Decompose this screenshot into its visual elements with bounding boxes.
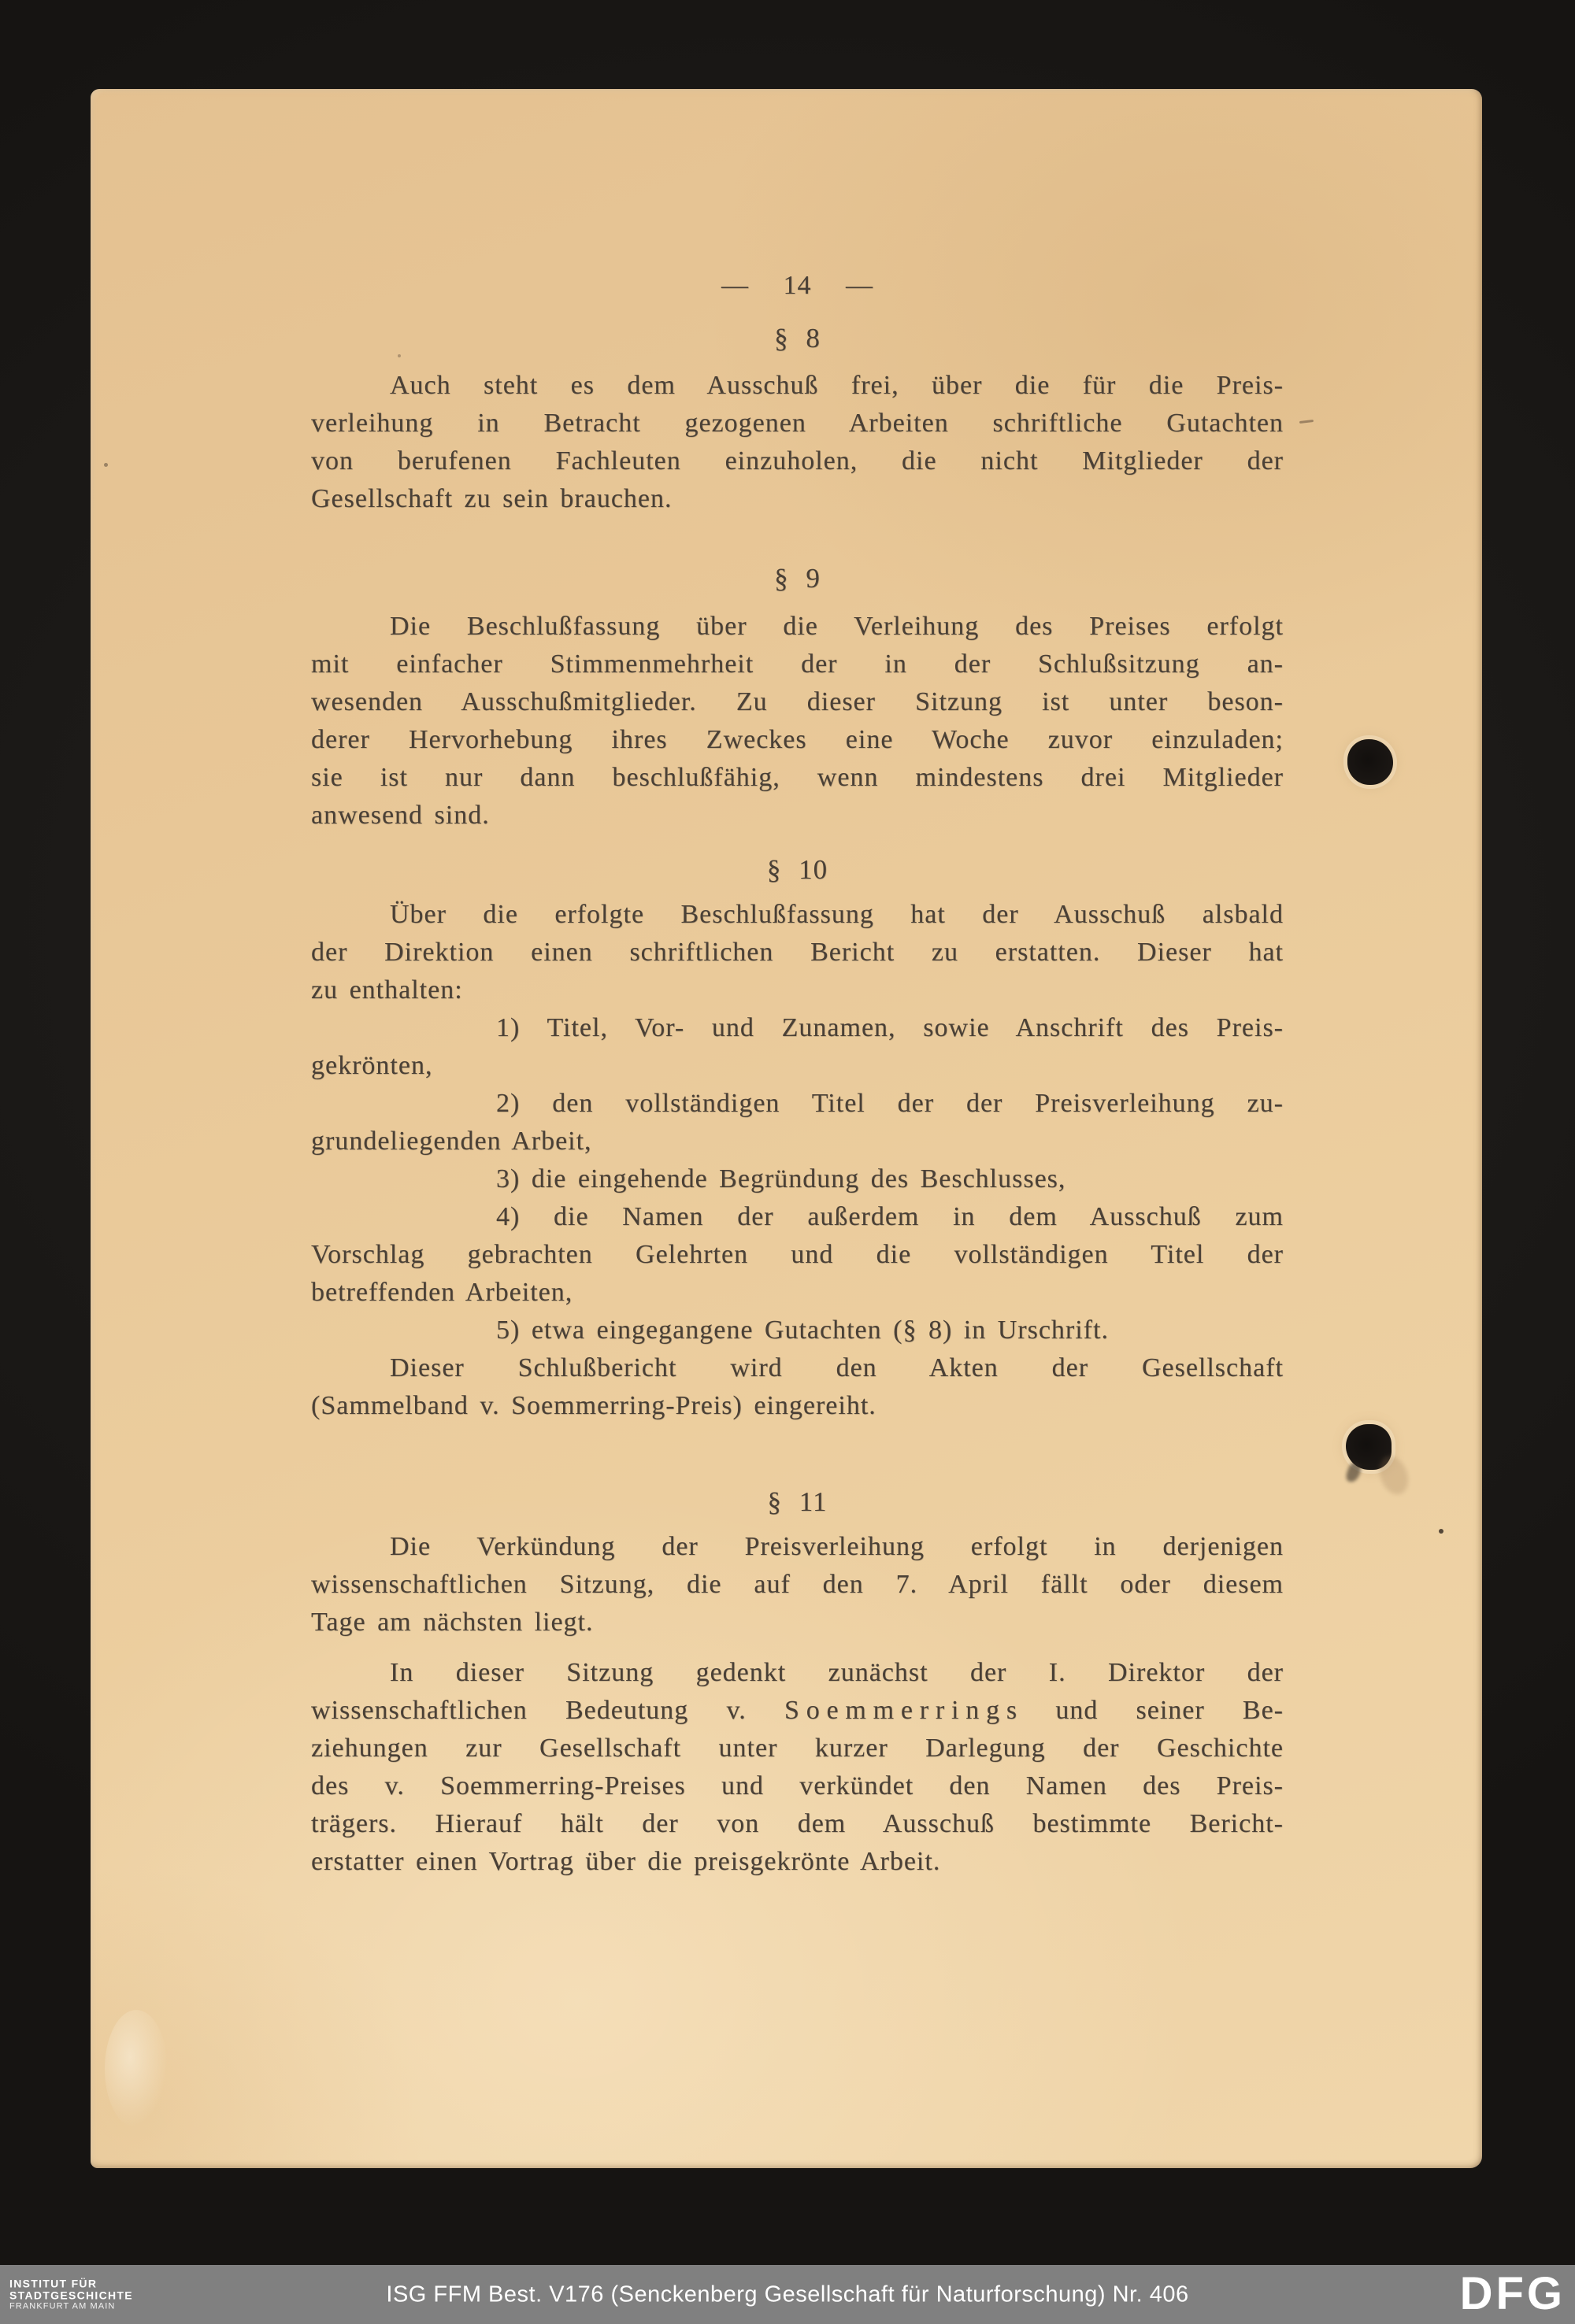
text-line: mit einfacher Stimmenmehrheit der in der… [311,646,1284,683]
text-line: Die Verkündung der Preisverleihung erfol… [311,1528,1284,1566]
section-10-paragraph: Über die erfolgte Beschlußfassung hat de… [311,896,1284,1425]
text-line: Tage am nächsten liegt. [311,1604,1284,1641]
paper-speck [398,354,401,357]
section-10-heading: § 10 [311,851,1284,889]
punch-hole-top [1347,739,1393,785]
footer-bar: INSTITUT FÜR STADTGESCHICHTE FRANKFURT A… [0,2265,1575,2324]
text-line: zu enthalten: [311,971,1284,1009]
section-11-paragraph-2: In dieser Sitzung gedenkt zunächst der I… [311,1654,1284,1881]
paper-speck [104,463,108,467]
section-9-heading: § 9 [311,560,1284,598]
section-8-paragraph: Auch steht es dem Ausschuß frei, über di… [311,367,1284,518]
page-number: — 14 — [311,267,1284,305]
dfg-logo: DFG [1460,2270,1566,2316]
text-line: Die Beschlußfassung über die Verleihung … [311,608,1284,646]
text-line: grundeliegenden Arbeit, [311,1123,1284,1160]
text-line: des v. Soemmerring-Preises und verkündet… [311,1767,1284,1805]
document-page: — 14 — § 8 Auch steht es dem Ausschuß fr… [91,89,1482,2168]
archive-caption: ISG FFM Best. V176 (Senckenberg Gesellsc… [0,2281,1575,2307]
text-line: verleihung in Betracht gezogenen Arbeite… [311,405,1284,442]
text-line: Dieser Schlußbericht wird den Akten der … [311,1349,1284,1387]
text-line: In dieser Sitzung gedenkt zunächst der I… [311,1654,1284,1692]
paper-light-patch [105,2010,168,2128]
section-11-heading: § 11 [311,1483,1284,1521]
text-line: 5) etwa eingegangene Gutachten (§ 8) in … [311,1312,1284,1349]
punch-hole-bottom [1346,1424,1392,1470]
text-line: Auch steht es dem Ausschuß frei, über di… [311,367,1284,405]
text-line: 1) Titel, Vor- und Zunamen, sowie Anschr… [311,1009,1284,1047]
text-line: derer Hervorhebung ihres Zweckes eine Wo… [311,721,1284,759]
text-line: wesenden Ausschußmitglieder. Zu dieser S… [311,683,1284,721]
text-line: 3) die eingehende Begründung des Beschlu… [311,1160,1284,1198]
text-line: 2) den vollständigen Titel der der Preis… [311,1085,1284,1123]
text-line: sie ist nur dann beschlußfähig, wenn min… [311,759,1284,797]
text-line: gekrönten, [311,1047,1284,1085]
text-line: ziehungen zur Gesellschaft unter kurzer … [311,1730,1284,1767]
section-11-paragraph-1: Die Verkündung der Preisverleihung erfol… [311,1528,1284,1641]
section-8-heading: § 8 [311,320,1284,357]
section-9-paragraph: Die Beschlußfassung über die Verleihung … [311,608,1284,834]
text-line: Gesellschaft zu sein brauchen. [311,480,1284,518]
text-line: wissenschaftlichen Sitzung, die auf den … [311,1566,1284,1604]
text-line: erstatter einen Vortrag über die preisge… [311,1843,1284,1881]
text-line: der Direktion einen schriftlichen Berich… [311,934,1284,971]
text-line: 4) die Namen der außerdem in dem Ausschu… [311,1198,1284,1236]
text-line: wissenschaftlichen Bedeutung v. S o e m … [311,1692,1284,1730]
text-line: Vorschlag gebrachten Gelehrten und die v… [311,1236,1284,1274]
paper-stray-mark [1299,420,1314,424]
paper-speck [1439,1529,1443,1534]
text-line: Über die erfolgte Beschlußfassung hat de… [311,896,1284,934]
text-line: betreffenden Arbeiten, [311,1274,1284,1312]
text-line: trägers. Hierauf hält der von dem Aussch… [311,1805,1284,1843]
text-line: von berufenen Fachleuten einzuholen, die… [311,442,1284,480]
text-line: (Sammelband v. Soemmerring-Preis) einger… [311,1387,1284,1425]
text-line: anwesend sind. [311,797,1284,834]
